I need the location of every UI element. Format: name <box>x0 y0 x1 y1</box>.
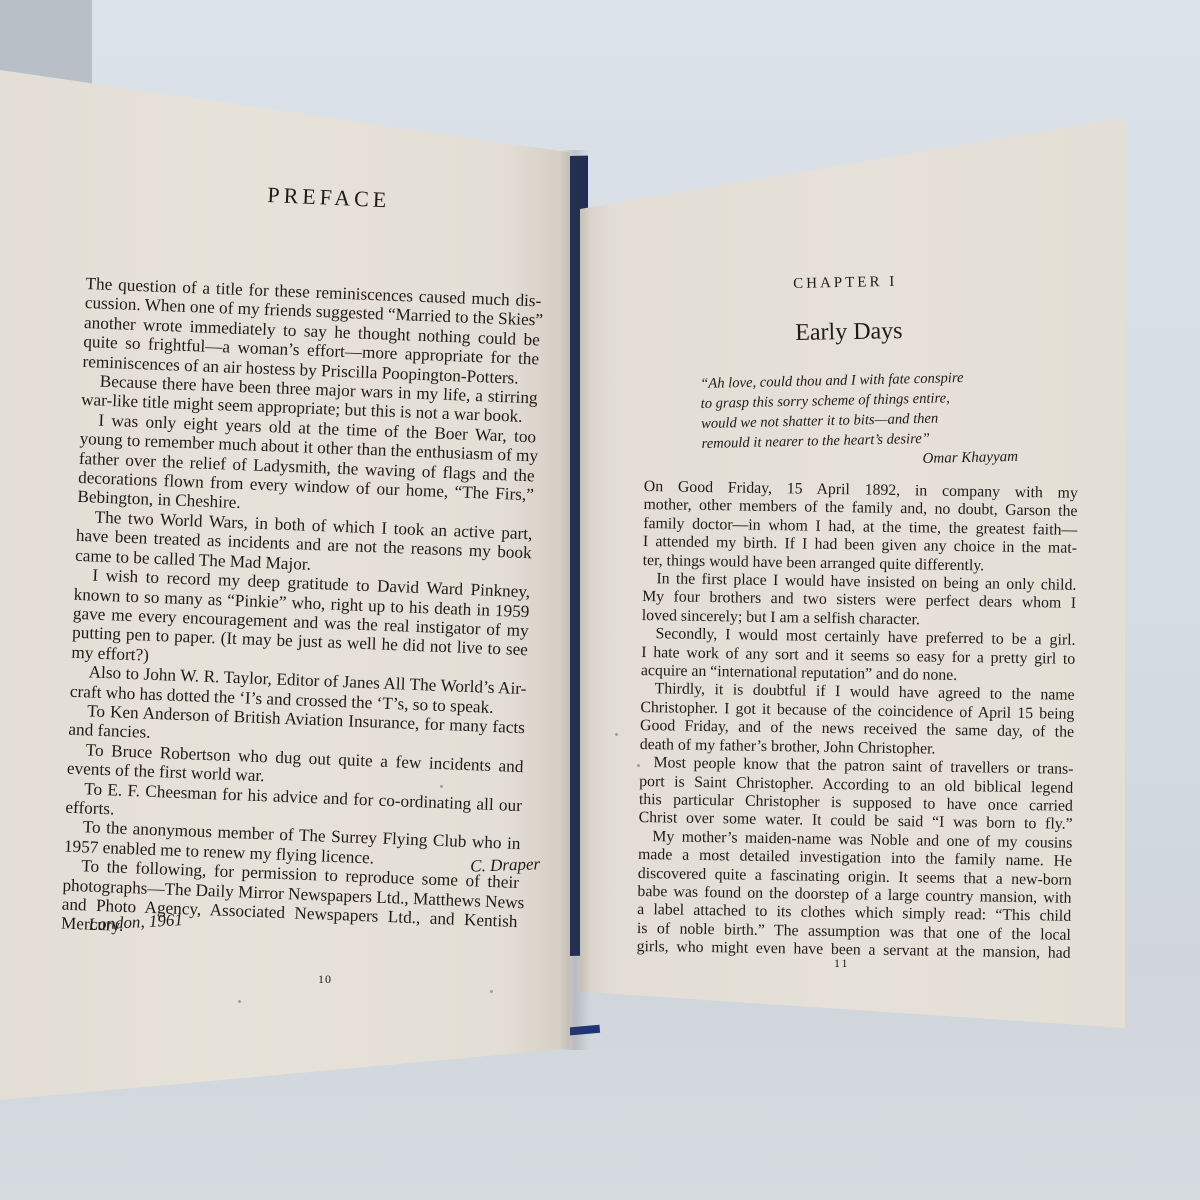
paper-speck <box>238 1000 241 1003</box>
chapter-paragraph: Thirdly, it is doubtful if I would have … <box>640 680 1075 760</box>
paper-speck <box>637 764 640 767</box>
preface-body: The question of a title for these remini… <box>61 274 542 951</box>
paper-speck <box>615 733 618 736</box>
chapter-paragraph: Most people know that the patron saint o… <box>639 754 1074 834</box>
preface-paragraph: The question of a title for these remini… <box>82 274 541 388</box>
page-number-left: 10 <box>318 972 332 987</box>
author-signature: C. Draper <box>470 854 541 876</box>
chapter-paragraph: In the first place I would have insisted… <box>642 570 1077 632</box>
paper-speck <box>490 990 493 993</box>
epigraph: “Ah love, could thou and I with fate con… <box>700 366 1062 474</box>
photo-scene: PREFACE The question of a title for thes… <box>0 0 1200 1200</box>
chapter-body: On Good Friday, 15 April 1892, in compan… <box>636 478 1077 963</box>
preface-paragraph: I wish to record my deep gratitude to Da… <box>71 565 530 679</box>
chapter-label: CHAPTER I <box>793 274 897 293</box>
book-gutter <box>560 150 590 1050</box>
preface-heading: PREFACE <box>267 182 391 213</box>
chapter-paragraph: My mother’s maiden-name was Noble and on… <box>636 828 1072 964</box>
page-number-right: 11 <box>834 956 850 971</box>
paper-speck <box>440 785 443 788</box>
chapter-paragraph: On Good Friday, 15 April 1892, in compan… <box>643 478 1078 577</box>
chapter-title: Early Days <box>795 318 903 347</box>
chapter-paragraph: Secondly, I would most certainly have pr… <box>641 625 1076 687</box>
preface-paragraph: I was only eight years old at the time o… <box>77 410 536 524</box>
